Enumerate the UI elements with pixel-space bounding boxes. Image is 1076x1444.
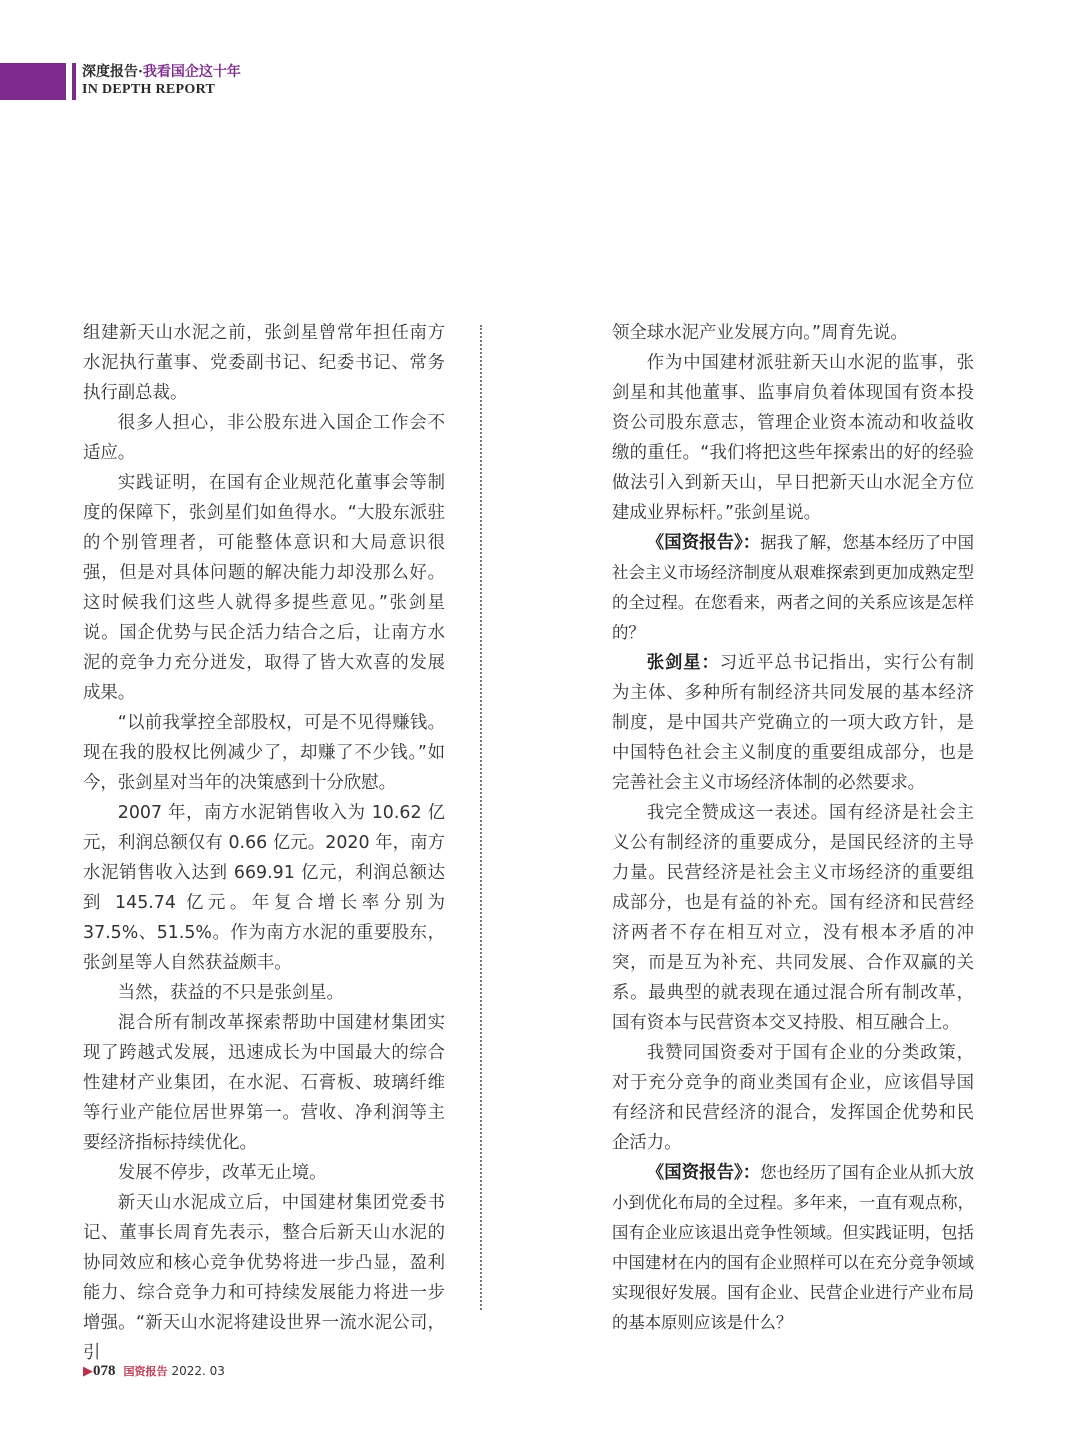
paragraph: 新天山水泥成立后，中国建材集团党委书记、董事长周育先表示，整合后新天山水泥的协同…: [83, 1188, 445, 1368]
answer-label: 张剑星：: [647, 653, 720, 673]
column-divider: [480, 325, 482, 1310]
interview-answer: 张剑星：习近平总书记指出，实行公有制为主体、多种所有制经济共同发展的基本经济制度…: [612, 648, 974, 798]
series-label: 我看国企这十年: [143, 64, 241, 80]
header-rule: [72, 63, 76, 100]
section-english-title: IN DEPTH REPORT: [82, 81, 241, 99]
header-color-bar: [0, 63, 66, 100]
section-label: 深度报告·: [82, 64, 143, 80]
paragraph: 我完全赞成这一表述。国有经济是社会主义公有制经济的重要成分，是国民经济的主导力量…: [612, 798, 974, 1038]
question-label: 《国资报告》：: [647, 1163, 760, 1183]
paragraph: 混合所有制改革探索帮助中国建材集团实现了跨越式发展，迅速成长为中国最大的综合性建…: [83, 1008, 445, 1158]
question-label: 《国资报告》：: [647, 533, 760, 553]
paragraph: “以前我掌控全部股权，可是不见得赚钱。现在我的股权比例减少了，却赚了不少钱。”如…: [83, 708, 445, 798]
answer-text: 习近平总书记指出，实行公有制为主体、多种所有制经济共同发展的基本经济制度，是中国…: [612, 653, 974, 793]
question-text: 您也经历了国有企业从抓大放小到优化布局的全过程。多年来，一直有观点称，国有企业应…: [612, 1163, 974, 1332]
arrow-icon: ▶: [83, 1364, 93, 1379]
issue-date: 2022. 03: [172, 1364, 225, 1378]
interview-question: 《国资报告》：您也经历了国有企业从抓大放小到优化布局的全过程。多年来，一直有观点…: [612, 1158, 974, 1338]
paragraph: 很多人担心，非公股东进入国企工作会不适应。: [83, 408, 445, 468]
paragraph: 作为中国建材派驻新天山水泥的监事，张剑星和其他董事、监事肩负着体现国有资本投资公…: [612, 348, 974, 528]
section-title: 深度报告·我看国企这十年: [82, 63, 241, 81]
paragraph: 发展不停步，改革无止境。: [83, 1158, 445, 1188]
interview-question: 《国资报告》：据我了解，您基本经历了中国社会主义市场经济制度从艰难探索到更加成熟…: [612, 528, 974, 648]
paragraph: 我赞同国资委对于国有企业的分类政策，对于充分竞争的商业类国有企业，应该倡导国有经…: [612, 1038, 974, 1158]
page-number: 078: [93, 1363, 116, 1380]
paragraph: 当然，获益的不只是张剑星。: [83, 978, 445, 1008]
section-header: 深度报告·我看国企这十年 IN DEPTH REPORT: [82, 63, 241, 99]
paragraph: 组建新天山水泥之前，张剑星曾常年担任南方水泥执行董事、党委副书记、纪委书记、常务…: [83, 318, 445, 408]
paragraph: 2007 年，南方水泥销售收入为 10.62 亿元，利润总额仅有 0.66 亿元…: [83, 798, 445, 978]
paragraph: 实践证明，在国有企业规范化董事会等制度的保障下，张剑星们如鱼得水。“大股东派驻的…: [83, 468, 445, 708]
article-column-right: 领全球水泥产业发展方向。”周育先说。 作为中国建材派驻新天山水泥的监事，张剑星和…: [612, 318, 974, 1338]
article-column-left: 组建新天山水泥之前，张剑星曾常年担任南方水泥执行董事、党委副书记、纪委书记、常务…: [83, 318, 445, 1368]
paragraph: 领全球水泥产业发展方向。”周育先说。: [612, 318, 974, 348]
page-footer: ▶ 078 国资报告 2022. 03: [83, 1363, 225, 1380]
magazine-name: 国资报告: [124, 1363, 168, 1379]
